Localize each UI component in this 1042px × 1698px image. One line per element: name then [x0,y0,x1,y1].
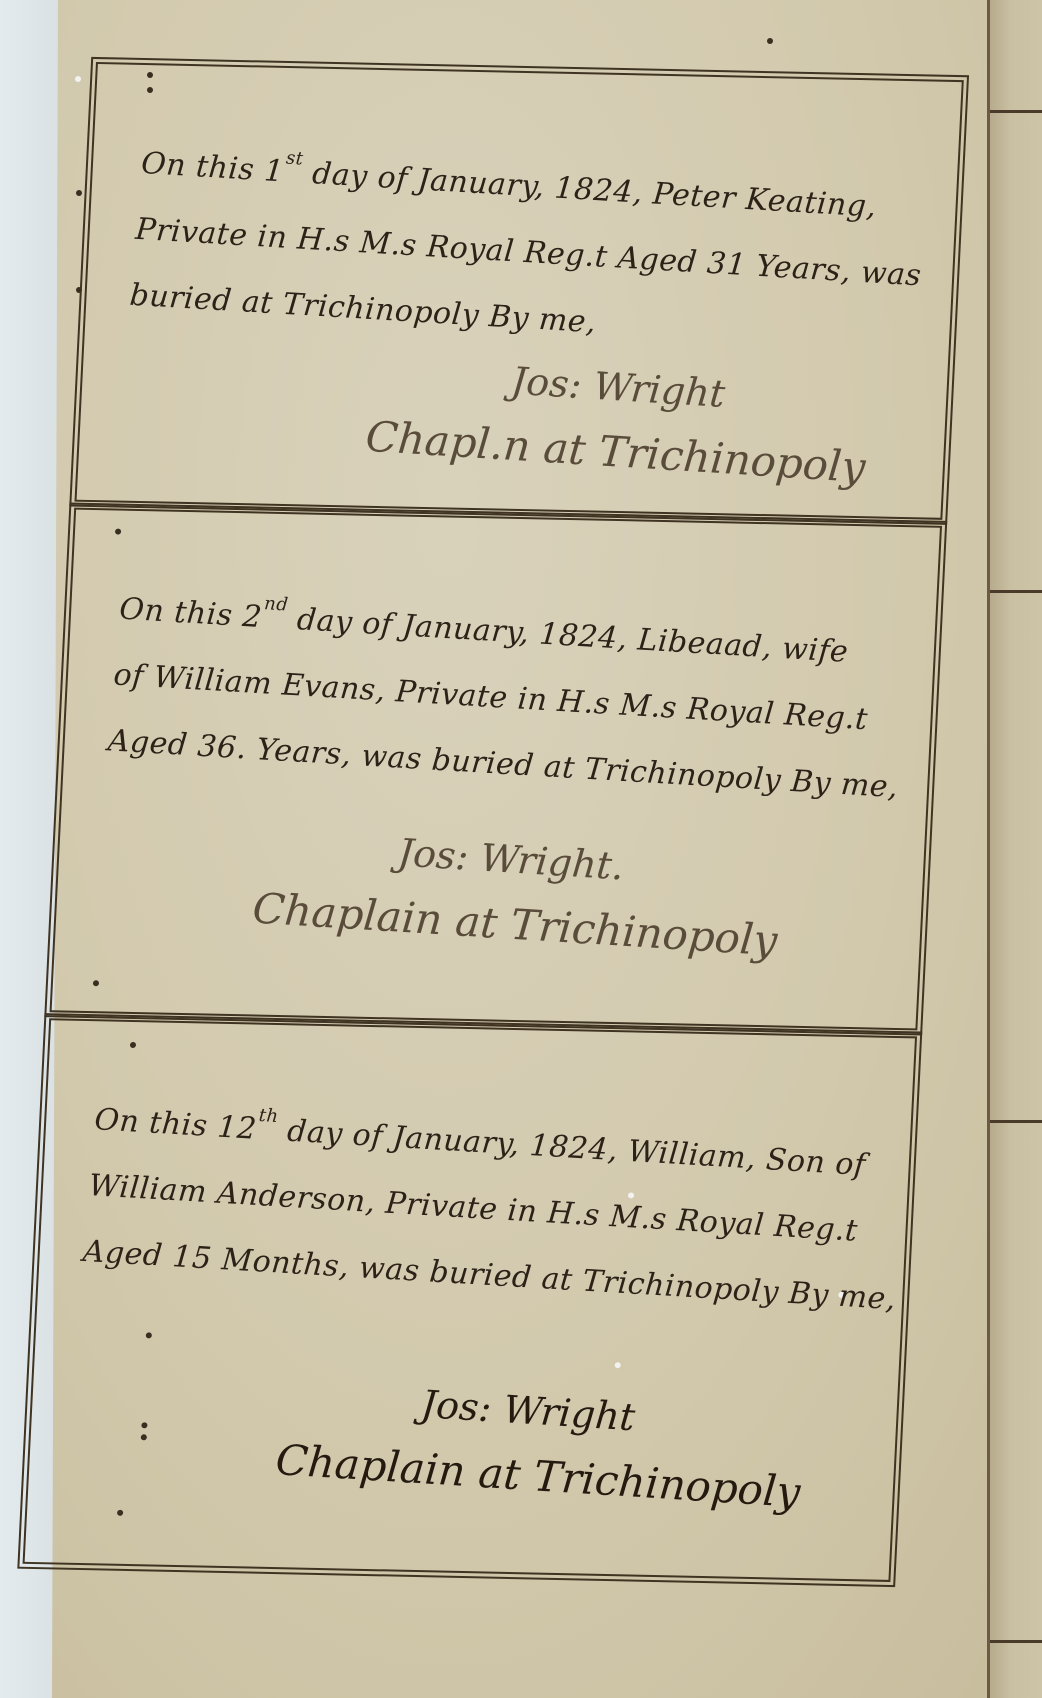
adjacent-page-edge [987,0,1042,1698]
entry-text-date: On this 2 [118,592,264,635]
adjacent-rule [990,1640,1042,1643]
ink-dot [141,1434,147,1440]
signature-block: Jos: Wright Chaplain at Trichinopoly [273,1365,867,1531]
register-frame: On this 1st day of January, 1824, Peter … [18,62,964,1669]
entry-text-date: On this 12 [93,1102,258,1147]
ordinal-suffix: nd [263,593,289,615]
entry-body: On this 2nd day of January, 1824, Libeaa… [105,563,911,821]
ink-dot [141,1422,147,1428]
entry-text-date: On this 1 [140,146,286,189]
burial-entry-3: On this 12th day of January, 1824, Willi… [23,1018,917,1582]
pinhole [75,76,81,82]
ink-dot [93,980,99,986]
entry-body: On this 12th day of January, 1824, Willi… [80,1073,886,1331]
ink-dot [146,1332,152,1338]
ink-dot [767,38,773,44]
ink-dot [76,287,82,293]
ordinal-suffix: th [258,1105,280,1127]
ink-dot [130,1042,136,1048]
ink-dot [76,190,82,196]
signature-block: Jos: Wright. Chaplain at Trichinopoly [250,814,894,983]
adjacent-rule [990,1120,1042,1123]
ink-dot [117,1510,123,1516]
burial-entry-2: On this 2nd day of January, 1824, Libeaa… [50,508,942,1031]
entry-body: On this 1st day of January, 1824, Peter … [127,117,933,375]
burial-entry-1: On this 1st day of January, 1824, Peter … [74,62,963,520]
adjacent-rule [990,110,1042,113]
ink-dot [115,529,121,535]
adjacent-rule [990,590,1042,593]
pinhole [615,1362,621,1368]
